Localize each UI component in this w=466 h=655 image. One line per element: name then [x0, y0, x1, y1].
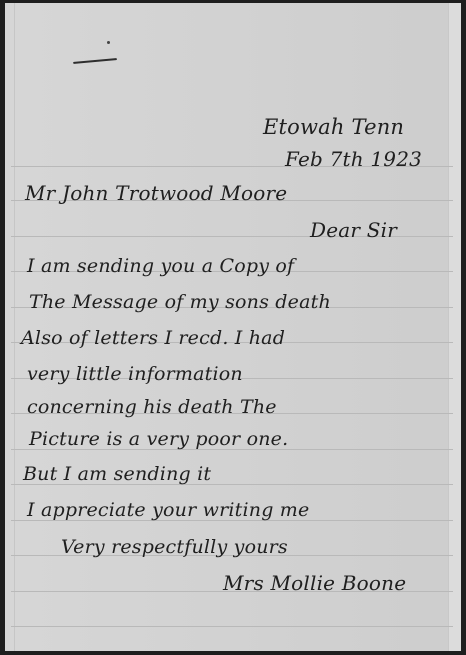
body-line-7: But I am sending it [23, 463, 211, 485]
letter-page: Etowah Tenn Feb 7th 1923 Mr John Trotwoo… [5, 3, 461, 651]
body-line-4: very little information [27, 363, 243, 385]
body-line-2: The Message of my sons death [29, 291, 331, 313]
body-line-3: Also of letters I recd. I had [21, 327, 285, 349]
margin-line [14, 3, 15, 651]
body-line-8: I appreciate your writing me [27, 499, 309, 521]
date-line: Feb 7th 1923 [285, 147, 422, 171]
closing-line: Very respectfully yours [61, 536, 288, 558]
ink-dot-mark [107, 41, 110, 44]
page-edge [448, 3, 461, 651]
ink-dash-mark [73, 58, 117, 64]
addressee-line: Mr John Trotwood Moore [25, 181, 287, 205]
body-line-1: I am sending you a Copy of [27, 255, 294, 277]
body-line-6: Picture is a very poor one. [29, 428, 288, 450]
signature: Mrs Mollie Boone [223, 571, 406, 595]
body-line-5: concerning his death The [27, 396, 277, 418]
rule-line [11, 626, 453, 627]
document-frame: Etowah Tenn Feb 7th 1923 Mr John Trotwoo… [0, 0, 466, 655]
place-line: Etowah Tenn [263, 115, 404, 139]
salutation-line: Dear Sir [310, 218, 397, 242]
